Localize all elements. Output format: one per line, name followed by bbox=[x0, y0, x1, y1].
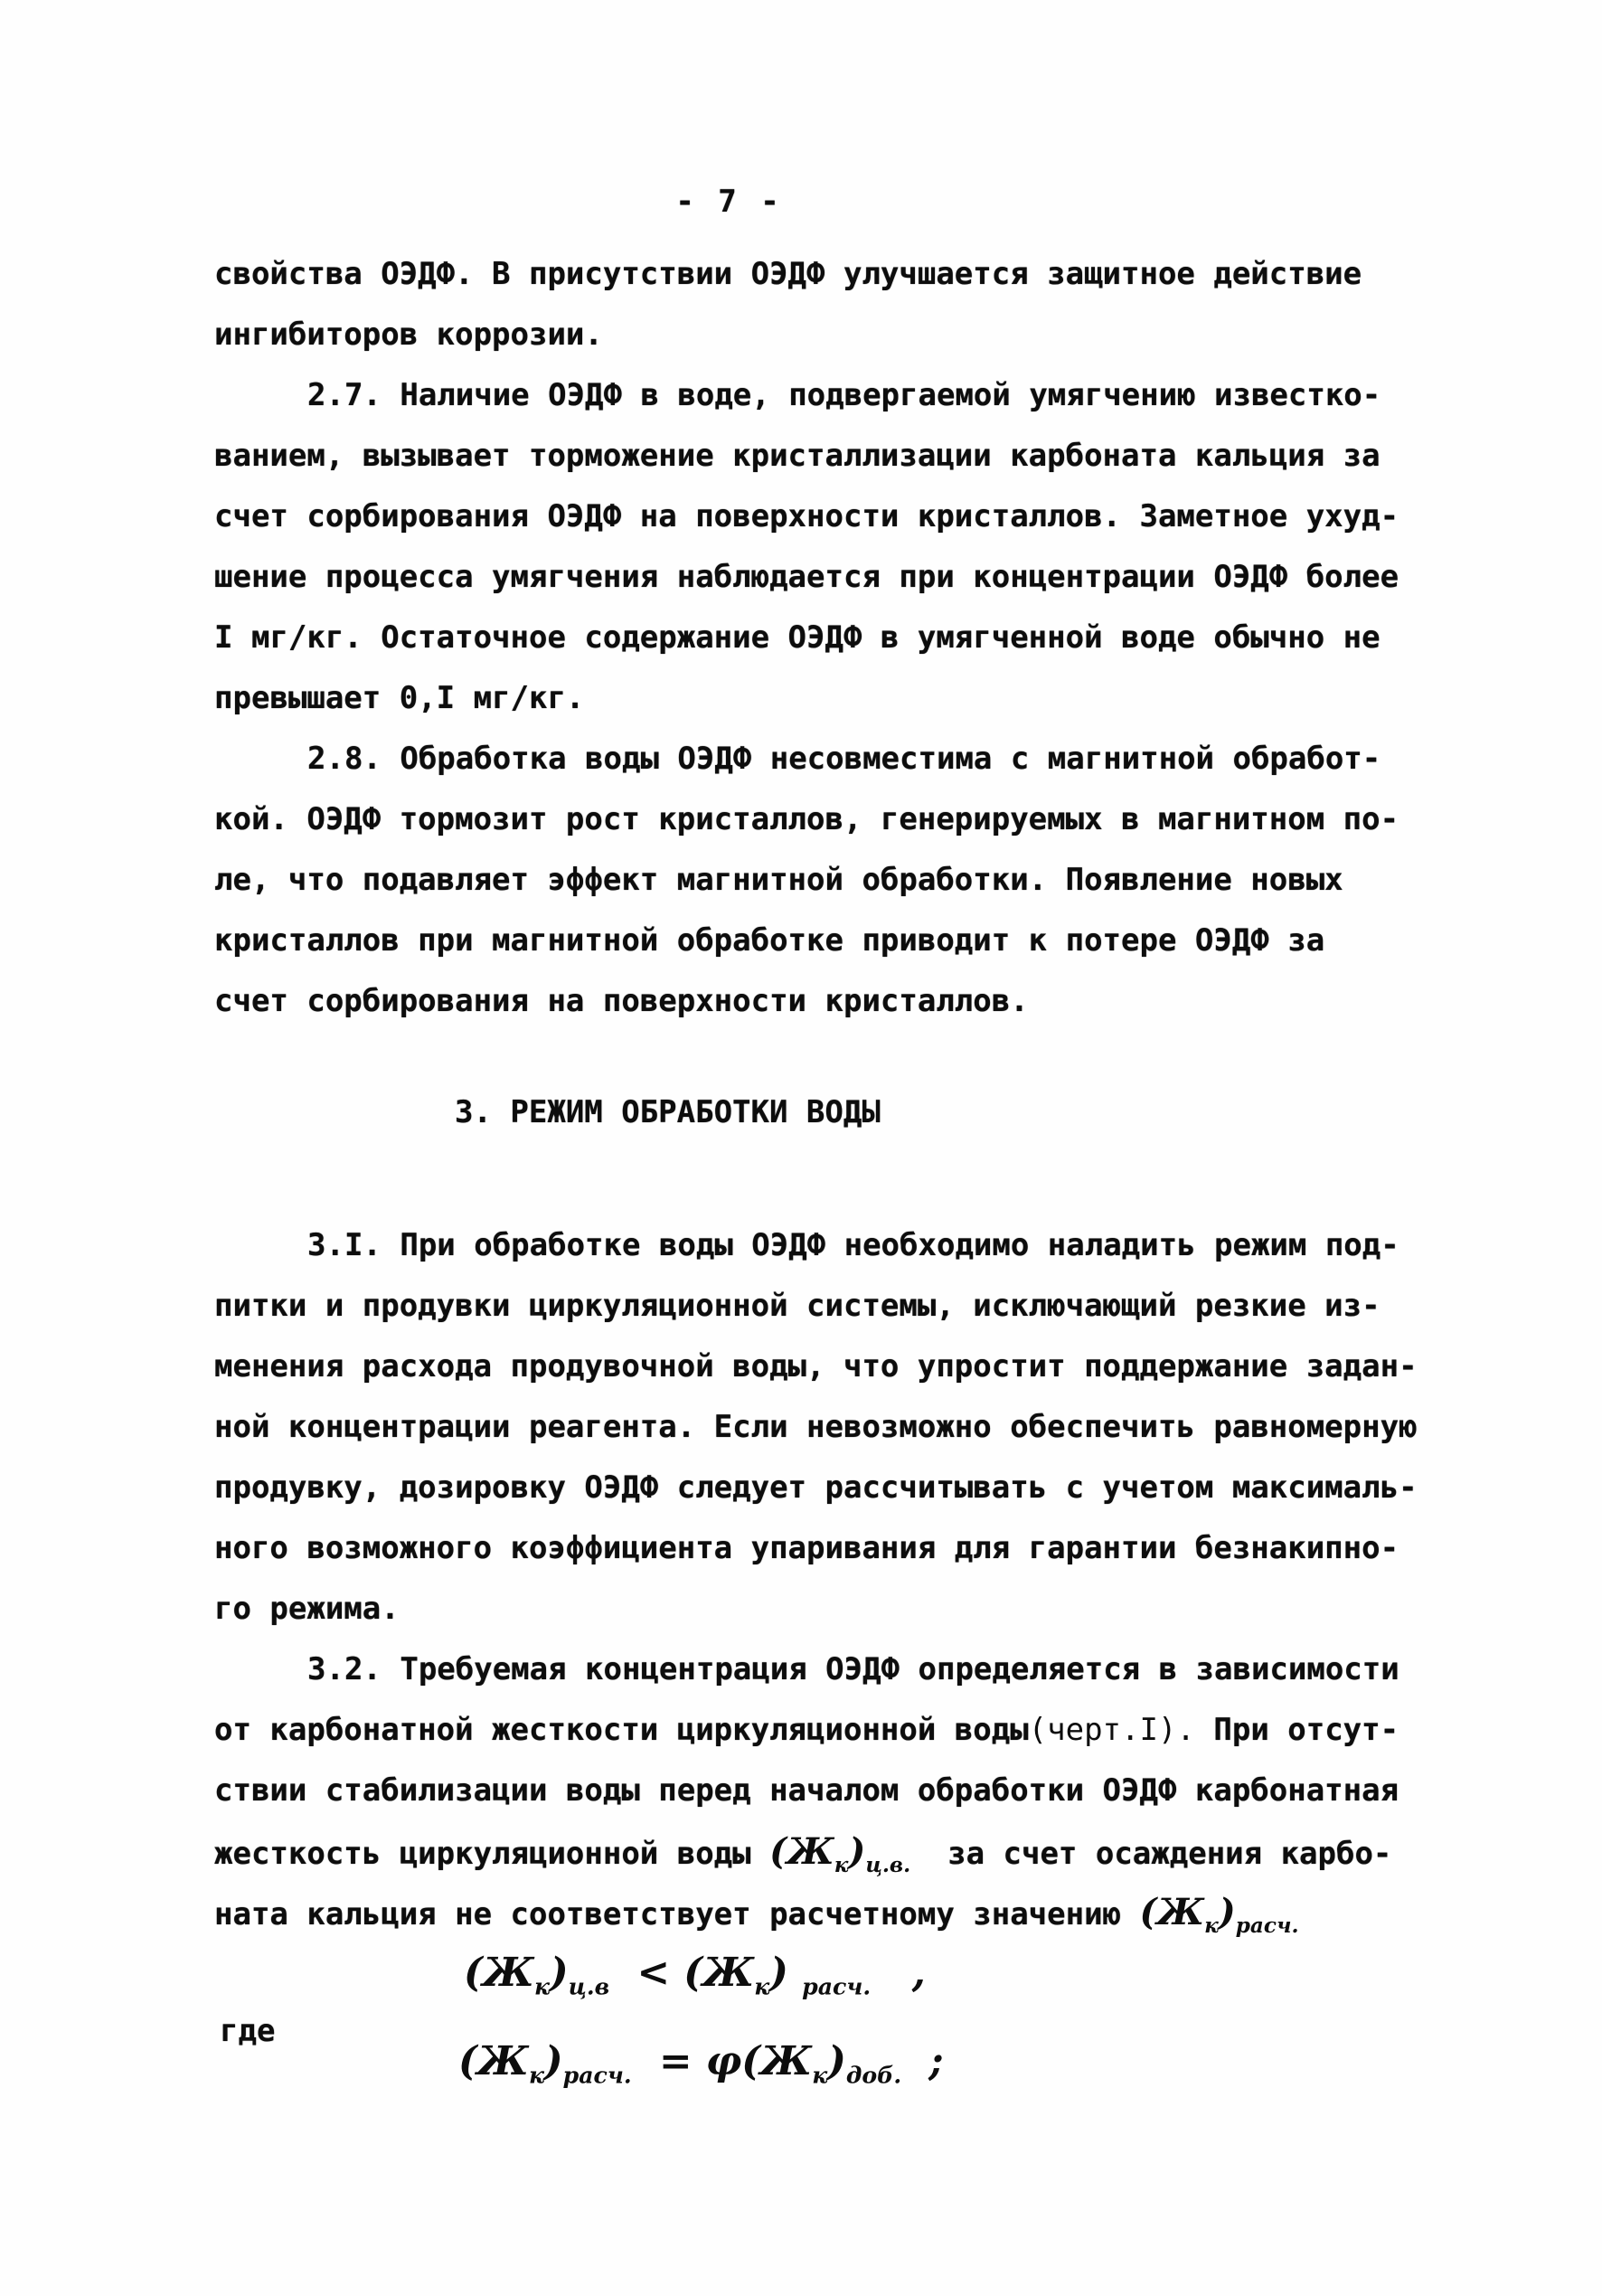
text-run: счет сорбирования на поверхности кристал… bbox=[214, 983, 1029, 1019]
text-line: свойства ОЭДФ. В присутствии ОЭДФ улучша… bbox=[214, 244, 1399, 305]
text-run: питки и продувки циркуляционной системы,… bbox=[214, 1288, 1381, 1324]
text-run-hand: , bbox=[871, 1950, 926, 1996]
text-run: 2.8. Обработка воды ОЭДФ несовместима с … bbox=[307, 741, 1381, 777]
text-run-hand: ) bbox=[827, 2038, 846, 2084]
text-line: кристаллов при магнитной обработке приво… bbox=[214, 911, 1399, 971]
scanned-document-page: - 7 - свойства ОЭДФ. В присутствии ОЭДФ … bbox=[0, 0, 1602, 2296]
text-run-hand: ; bbox=[901, 2038, 944, 2084]
text-run-hand: ) bbox=[550, 1950, 569, 1996]
text-run: за счет осаждения карбо- bbox=[910, 1836, 1391, 1872]
text-run: от карбонатной жесткости циркуляционной … bbox=[214, 1712, 1029, 1748]
text-run-hand-sub: доб. bbox=[846, 2062, 901, 2089]
text-run: 2.7. Наличие ОЭДФ в воде, подвергаемой у… bbox=[307, 377, 1381, 413]
text-line: 3.2. Требуемая концентрация ОЭДФ определ… bbox=[214, 1639, 1399, 1700]
text-run: ной концентрации реагента. Если невозмож… bbox=[214, 1409, 1418, 1445]
page-number: - 7 - bbox=[675, 184, 781, 220]
where-label: где bbox=[220, 2013, 275, 2049]
text-line: ванием, вызывает торможение кристаллизац… bbox=[214, 426, 1399, 487]
text-run-hand: = φ(Ж bbox=[632, 2038, 813, 2084]
text-run-hand-sub: к bbox=[534, 1973, 550, 2000]
text-run: кристаллов при магнитной обработке приво… bbox=[214, 922, 1324, 959]
text-run: продувку, дозировку ОЭДФ следует рассчит… bbox=[214, 1469, 1418, 1506]
text-line: 2.7. Наличие ОЭДФ в воде, подвергаемой у… bbox=[214, 365, 1399, 426]
text-run: превышает 0,I мг/кг. bbox=[214, 680, 584, 716]
text-run: 3.I. При обработке воды ОЭДФ необходимо … bbox=[307, 1227, 1399, 1263]
text-run: ле, что подавляет эффект магнитной обраб… bbox=[214, 862, 1343, 898]
formula-hardness-definition: (Жк)расч. = φ(Жк)доб. ; bbox=[458, 2038, 944, 2084]
text-run-hand-sub: к bbox=[529, 2062, 544, 2089]
text-run: ного возможного коэффициента упаривания … bbox=[214, 1530, 1399, 1566]
text-run-hand-sub: ц.в bbox=[569, 1973, 610, 2000]
text-line: счет сорбирования ОЭДФ на поверхности кр… bbox=[214, 487, 1399, 547]
text-run-hand-sub: расч. bbox=[563, 2062, 632, 2089]
text-run: ствии стабилизации воды перед началом об… bbox=[214, 1772, 1399, 1809]
text-run: кой. ОЭДФ тормозит рост кристаллов, гене… bbox=[214, 801, 1399, 837]
text-run-hand-sub: к bbox=[1204, 1913, 1219, 1938]
text-line: кой. ОЭДФ тормозит рост кристаллов, гене… bbox=[214, 789, 1399, 850]
text-line: ствии стабилизации воды перед началом об… bbox=[214, 1761, 1399, 1821]
text-run: счет сорбирования ОЭДФ на поверхности кр… bbox=[214, 498, 1399, 534]
text-run: менения расхода продувочной воды, что уп… bbox=[214, 1348, 1418, 1384]
vertical-gap bbox=[214, 1032, 1399, 1082]
text-run: ванием, вызывает торможение кристаллизац… bbox=[214, 438, 1381, 474]
text-line: I мг/кг. Остаточное содержание ОЭДФ в ум… bbox=[214, 608, 1399, 668]
text-run: шение процесса умягчения наблюдается при… bbox=[214, 559, 1399, 595]
text-run: I мг/кг. Остаточное содержание ОЭДФ в ум… bbox=[214, 619, 1381, 656]
text-line: продувку, дозировку ОЭДФ следует рассчит… bbox=[214, 1458, 1399, 1518]
text-line: счет сорбирования на поверхности кристал… bbox=[214, 971, 1399, 1032]
text-line: 3.I. При обработке воды ОЭДФ необходимо … bbox=[214, 1215, 1399, 1276]
text-run-hand: ) bbox=[544, 2038, 563, 2084]
text-run-light: (черт.I). bbox=[1029, 1712, 1195, 1748]
text-run-hand: ) bbox=[1219, 1891, 1236, 1933]
text-run-hand-sub: расч. bbox=[1236, 1913, 1299, 1938]
section-2-paragraphs: свойства ОЭДФ. В присутствии ОЭДФ улучша… bbox=[214, 244, 1399, 1032]
formula-hardness-inequality: (Жк)ц.в < (Жк) расч. , bbox=[464, 1950, 926, 1996]
text-line: превышает 0,I мг/кг. bbox=[214, 668, 1399, 729]
text-run: ната кальция не соответствует расчетному… bbox=[214, 1896, 1140, 1932]
text-run-hand-sub: ц.в. bbox=[865, 1853, 910, 1877]
text-run-hand: < (Ж bbox=[609, 1950, 754, 1996]
text-run: жесткость циркуляционной воды bbox=[214, 1836, 769, 1872]
section-3-paragraphs: 3.I. При обработке воды ОЭДФ необходимо … bbox=[214, 1215, 1399, 1942]
text-line: ного возможного коэффициента упаривания … bbox=[214, 1518, 1399, 1579]
text-run-hand-sub: к bbox=[812, 2062, 827, 2089]
text-line: шение процесса умягчения наблюдается при… bbox=[214, 547, 1399, 608]
text-line: ной концентрации реагента. Если невозмож… bbox=[214, 1397, 1399, 1458]
text-run: 3.2. Требуемая концентрация ОЭДФ определ… bbox=[307, 1651, 1399, 1687]
text-line: го режима. bbox=[214, 1579, 1399, 1639]
text-line: от карбонатной жесткости циркуляционной … bbox=[214, 1700, 1399, 1761]
text-run-hand: (Ж bbox=[769, 1830, 834, 1873]
text-run: При отсут- bbox=[1195, 1712, 1399, 1748]
text-run-hand-sub: расч. bbox=[802, 1973, 871, 2000]
text-run-hand: ) bbox=[769, 1950, 802, 1996]
text-line: 2.8. Обработка воды ОЭДФ несовместима с … bbox=[214, 729, 1399, 789]
vertical-gap bbox=[214, 1143, 1399, 1215]
text-run-hand: (Ж bbox=[1140, 1891, 1205, 1933]
text-run-hand-sub: к bbox=[834, 1853, 849, 1877]
text-line: менения расхода продувочной воды, что уп… bbox=[214, 1337, 1399, 1397]
text-run-hand: (Ж bbox=[458, 2038, 529, 2084]
text-line: питки и продувки циркуляционной системы,… bbox=[214, 1276, 1399, 1337]
text-line: жесткость циркуляционной воды (Жк)ц.в. з… bbox=[214, 1821, 1399, 1882]
text-run: ингибиторов коррозии. bbox=[214, 317, 603, 353]
text-run: го режима. bbox=[214, 1591, 400, 1627]
text-line: ната кальция не соответствует расчетному… bbox=[214, 1882, 1399, 1942]
text-line: ингибиторов коррозии. bbox=[214, 305, 1399, 365]
formula-block: (Жк)ц.в < (Жк) расч. , где (Жк)расч. = φ… bbox=[214, 1942, 1399, 2296]
text-run-hand-sub: к bbox=[754, 1973, 769, 2000]
section-3-heading: 3. РЕЖИМ ОБРАБОТКИ ВОДЫ bbox=[214, 1082, 1399, 1143]
text-run-hand: (Ж bbox=[464, 1950, 534, 1996]
text-run: свойства ОЭДФ. В присутствии ОЭДФ улучша… bbox=[214, 256, 1362, 292]
document-body: свойства ОЭДФ. В присутствии ОЭДФ улучша… bbox=[214, 244, 1399, 2296]
text-run-hand: ) bbox=[848, 1830, 865, 1873]
text-line: ле, что подавляет эффект магнитной обраб… bbox=[214, 850, 1399, 911]
